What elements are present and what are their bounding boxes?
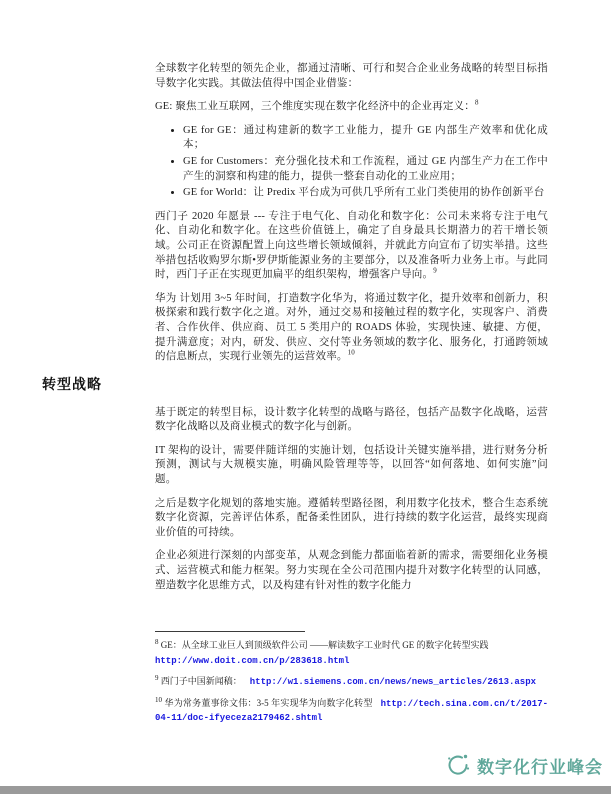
ge-bullet-item: GE for GE：通过构建新的数字工业能力，提升 GE 内部生产效率和优化成本…	[183, 124, 548, 153]
paragraph-strategy-4: 企业必须进行深刻的内部变革，从观念到能力都面临着新的需求，需要细化业务模式、运营…	[155, 549, 548, 593]
footnote-10-text: 华为常务董事徐文伟：3-5 年实现华为向数字化转型	[164, 698, 372, 708]
footnote-marker-9: 9	[155, 674, 159, 682]
section-heading: 转型战略	[42, 374, 548, 394]
footnote-8: 8 GE：从全球工业巨人到顶级软件公司 ——解读数字工业时代 GE 的数字化转型…	[155, 639, 548, 668]
footnote-10: 10 华为常务董事徐文伟：3-5 年实现华为向数字化转型http://tech.…	[155, 697, 548, 726]
paragraph-huawei: 华为 计划用 3~5 年时间，打造数字化华为，将通过数字化，提升效率和创新力，积…	[155, 292, 548, 365]
footnote-9-link[interactable]: http://w1.siemens.com.cn/news/news_artic…	[250, 677, 536, 687]
footer-gray-bar	[0, 786, 611, 794]
footnote-ref-8: 8	[475, 99, 479, 107]
summit-logo-text: 数字化行业峰会	[477, 753, 603, 778]
footnote-marker-8: 8	[155, 638, 159, 646]
page-content: 全球数字化转型的领先企业，都通过清晰、可行和契合企业业务战略的转型目标指导数字化…	[0, 0, 611, 726]
footnote-9-text: 西门子中国新闻稿：	[161, 676, 242, 686]
footnote-8-text: GE：从全球工业巨人到顶级软件公司 ——解读数字工业时代 GE 的数字化转型实践	[161, 640, 489, 650]
footnote-ref-9: 9	[433, 267, 437, 275]
paragraph-ge-lead: GE: 聚焦工业互联网，三个维度实现在数字化经济中的企业再定义：8	[155, 100, 548, 115]
footnotes-section: 8 GE：从全球工业巨人到顶级软件公司 ——解读数字工业时代 GE 的数字化转型…	[155, 631, 548, 726]
paragraph-strategy-3: 之后是数字化规划的落地实施。遵循转型路径图，利用数字化技术，整合生态系统数字化资…	[155, 497, 548, 541]
paragraph-intro: 全球数字化转型的领先企业，都通过清晰、可行和契合企业业务战略的转型目标指导数字化…	[155, 62, 548, 91]
ge-lead-text: GE: 聚焦工业互联网，三个维度实现在数字化经济中的企业再定义：	[155, 101, 475, 112]
paragraph-strategy-2: IT 架构的设计，需要伴随详细的实施计划，包括设计关键实施举措，进行财务分析预测…	[155, 444, 548, 488]
paragraph-siemens: 西门子 2020 年愿景 --- 专注于电气化、自动化和数字化：公司未来将专注于…	[155, 210, 548, 283]
document-page: 全球数字化转型的领先企业，都通过清晰、可行和契合企业业务战略的转型目标指导数字化…	[0, 0, 611, 794]
summit-logo: 数字化行业峰会	[445, 752, 603, 778]
footnote-divider	[155, 631, 305, 632]
footnote-8-link[interactable]: http://www.doit.com.cn/p/283618.html	[155, 655, 548, 669]
siemens-text: 西门子 2020 年愿景 --- 专注于电气化、自动化和数字化：公司未来将专注于…	[155, 211, 548, 280]
paragraph-strategy-1: 基于既定的转型目标，设计数字化转型的战略与路径，包括产品数字化战略，运营数字化战…	[155, 406, 548, 435]
footnote-marker-10: 10	[155, 696, 162, 704]
footnote-ref-10: 10	[348, 349, 355, 357]
ge-bullet-item: GE for Customers：充分强化技术和工作流程，通过 GE 内部生产力…	[183, 155, 548, 184]
ge-bullet-list: GE for GE：通过构建新的数字工业能力，提升 GE 内部生产效率和优化成本…	[155, 124, 548, 201]
summit-logo-icon	[445, 752, 471, 778]
footnote-9: 9 西门子中国新闻稿：http://w1.siemens.com.cn/news…	[155, 675, 548, 690]
ge-bullet-item: GE for World：让 Predix 平台成为可供几乎所有工业门类使用的协…	[183, 186, 548, 201]
